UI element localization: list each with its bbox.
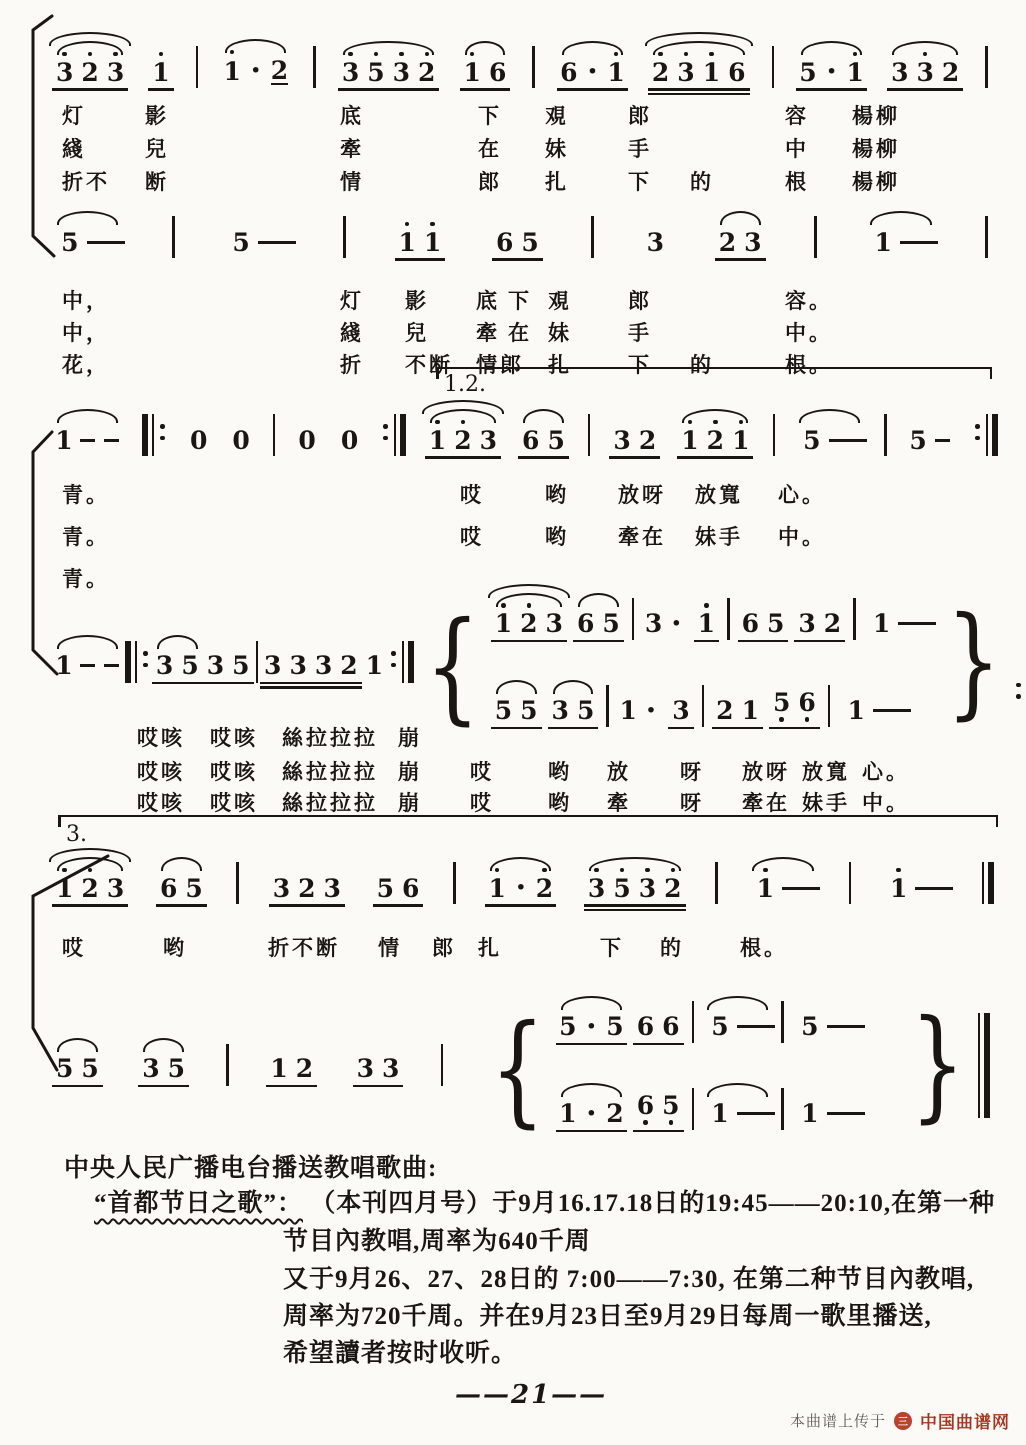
note-digit: 3	[107, 59, 124, 85]
upper-voice-line: 123653·165321	[491, 598, 935, 650]
note-digit: 5	[577, 698, 594, 724]
repeat-dots	[143, 651, 148, 667]
watermark-site-name: 中国曲谱网	[920, 1408, 1010, 1433]
note-digit: 3	[798, 611, 815, 637]
lyric-syllable: 灯	[340, 285, 364, 315]
lyric-syllable: 絲拉拉拉	[282, 756, 378, 786]
note-group: 123	[52, 865, 128, 914]
note-group: 66	[633, 1004, 684, 1053]
note-digit: 6	[522, 427, 539, 453]
note-digit: ·	[587, 59, 597, 85]
barline	[632, 598, 635, 640]
note-digit: 5	[662, 1093, 679, 1119]
note-digit: 6	[160, 875, 177, 901]
lower-voice-line: 55351·321561	[491, 680, 935, 737]
lyric-syllable: 牽在	[742, 787, 790, 817]
repeat-dots	[383, 424, 388, 440]
lyric-syllable: 崩	[398, 756, 422, 786]
lyric-syllable: 中，	[62, 285, 110, 315]
lyric-syllable: 心。	[862, 756, 910, 786]
note-digit: 1	[152, 59, 169, 85]
note-digit: 1	[399, 229, 416, 255]
broadcast-notice-line5: 周率为720千周。并在9月23日至9月29日每周一歌里播送,	[283, 1296, 932, 1332]
note-digit: 5	[767, 611, 784, 637]
note-digit: ·	[586, 1014, 596, 1040]
opening-brace: {	[490, 1020, 545, 1119]
note-digit: 3	[315, 653, 332, 679]
note-group: 1·2	[485, 865, 556, 914]
note-group: 65	[633, 1083, 684, 1140]
note-digit: 6	[496, 229, 513, 255]
note-group: 2316	[648, 49, 750, 98]
note-digit: 3	[613, 427, 630, 453]
note-group: 5·5	[556, 1004, 627, 1053]
lyric-syllable: 崩	[398, 787, 422, 817]
note-group: 1	[702, 1091, 773, 1140]
lyric-syllable: 扎	[545, 166, 569, 196]
note-digit: 6	[728, 59, 745, 85]
note-digit: 1	[559, 1101, 576, 1127]
note-digit: 5	[799, 59, 816, 85]
note-digit: 1	[607, 59, 624, 85]
note-digit: 3	[744, 229, 761, 255]
note-digit: 3	[480, 427, 497, 453]
barline	[196, 46, 199, 88]
lyric-syllable: 郎	[478, 166, 502, 196]
note-digit	[782, 875, 820, 901]
volta-label: 3.	[66, 822, 87, 847]
note-digit: 3	[639, 875, 656, 901]
note-digit: 2	[81, 875, 98, 901]
note-digit: 0	[232, 427, 249, 453]
lyric-syllable: 的	[660, 932, 684, 962]
note-digit: 1	[55, 653, 72, 679]
lyric-syllable: 花，	[62, 349, 110, 379]
note-digit: 5	[61, 229, 78, 255]
note-group: 123	[491, 601, 567, 650]
note-digit: 1	[698, 611, 715, 637]
lyric-syllable: 青。	[62, 479, 110, 509]
broadcast-notice-line2: “首都节日之歌”： （本刊四月号）于9月16.17.18日的19:45——20:…	[94, 1183, 995, 1219]
note-group: 56	[769, 680, 820, 737]
note-digit: 3	[357, 1056, 374, 1082]
lyric-syllable: 扎	[478, 932, 502, 962]
note-digit: 1	[488, 875, 505, 901]
note-digit: 3	[107, 875, 124, 901]
note-group: 1	[881, 865, 952, 914]
note-group: 0	[228, 417, 253, 466]
note-digit: 3	[382, 1056, 399, 1082]
barline	[172, 216, 175, 258]
note-digit: 5	[711, 1014, 728, 1040]
barline	[814, 216, 817, 258]
lyric-syllable: 郎	[628, 285, 652, 315]
note-digit: 3	[342, 59, 359, 85]
lyric-syllable: 容	[785, 100, 809, 130]
lyric-syllable: 哎咳	[210, 756, 258, 786]
lyric-syllable: 哟	[545, 479, 569, 509]
note-digit: 1	[55, 427, 72, 453]
note-group: 332	[887, 49, 963, 98]
note-group: 123	[425, 417, 501, 466]
note-digit: 5	[232, 653, 249, 679]
lyric-syllable: 的	[690, 166, 714, 196]
lyric-syllable: 楊柳	[852, 100, 900, 130]
lyric-syllable: 崩	[398, 722, 422, 752]
lyric-syllable: 心。	[778, 479, 826, 509]
lyric-syllable: 下	[600, 932, 624, 962]
barline: }	[937, 610, 1026, 715]
note-digit: 3	[672, 698, 689, 724]
note-digit: 2	[606, 1101, 623, 1127]
lyric-syllable: 妹	[548, 317, 572, 347]
lyric-syllable: 妹	[545, 133, 569, 163]
note-digit: 5	[547, 427, 564, 453]
lyric-syllable: 哟	[163, 932, 187, 962]
note-group: 3	[643, 219, 668, 268]
watermark-prefix: 本曲谱上传于	[790, 1410, 886, 1431]
music-system-5: 12365323561·2353211	[52, 862, 996, 914]
barline	[453, 862, 456, 904]
lyric-syllable: 哎	[62, 932, 86, 962]
note-digit	[104, 427, 119, 453]
note-digit: 5	[520, 698, 537, 724]
closing-brace: }	[946, 612, 1001, 711]
note-digit: 3	[156, 653, 173, 679]
note-group: 323	[52, 49, 128, 98]
note-digit: 5	[367, 59, 384, 85]
note-digit	[827, 1014, 865, 1040]
lyric-syllable: 放呀	[618, 479, 666, 509]
note-group: 5·1	[796, 49, 867, 98]
note-digit: 5	[559, 1014, 576, 1040]
song-title: “首都节日之歌”：	[94, 1190, 303, 1217]
barline	[591, 216, 594, 258]
note-group: 12	[266, 1046, 317, 1095]
barline	[606, 685, 609, 727]
lyric-syllable: 灯	[62, 100, 86, 130]
repeat-dots	[160, 424, 165, 440]
note-digit: 2	[296, 1056, 313, 1082]
note-digit: 0	[190, 427, 207, 453]
note-digit: 1	[732, 427, 749, 453]
lyric-syllable: 覌	[545, 100, 569, 130]
barline	[343, 216, 346, 258]
barline	[985, 46, 988, 88]
note-digit: 6	[402, 875, 419, 901]
note-digit	[873, 698, 911, 724]
lyric-syllable: 楊柳	[852, 133, 900, 163]
note-digit: 1	[56, 875, 73, 901]
note-group: 3332	[260, 643, 362, 692]
note-digit: 2	[340, 653, 357, 679]
barline	[692, 1001, 695, 1043]
note-digit: 1	[847, 59, 864, 85]
watermark: 本曲谱上传于 三 中国曲谱网	[790, 1408, 1010, 1433]
barline	[985, 216, 988, 258]
lyric-syllable: 根	[785, 166, 809, 196]
music-system-3: 10000123653212155	[52, 414, 1000, 466]
barline	[256, 641, 259, 683]
lyric-syllable: 牽	[340, 133, 364, 163]
lyric-syllable: 下	[508, 285, 532, 315]
note-group: 32	[609, 417, 660, 466]
broadcast-notice-line3: 节目內教唱,周率为640千周	[283, 1221, 591, 1257]
lyric-syllable: 下	[628, 166, 652, 196]
lyric-syllable: 不断	[405, 349, 453, 379]
lyric-syllable: 哎咳	[137, 756, 185, 786]
note-digit: 1	[890, 875, 907, 901]
upper-voice-line: 5·56655	[556, 1001, 863, 1053]
note-digit: 3	[916, 59, 933, 85]
lyric-syllable: 根。	[740, 932, 788, 962]
lyric-syllable: 哎	[460, 479, 484, 509]
note-group: 21	[712, 688, 763, 737]
note-group: 3532	[584, 865, 686, 914]
note-digit: ·	[251, 58, 261, 84]
note-digit: 1	[620, 698, 637, 724]
note-digit: 2	[707, 427, 724, 453]
note-digit: 1	[873, 611, 890, 637]
note-group: 23	[715, 219, 766, 268]
note-group: 35	[203, 643, 254, 692]
barline	[441, 1044, 444, 1086]
note-group: 65	[518, 417, 569, 466]
note-digit: 1	[711, 1101, 728, 1127]
note-digit: 1	[424, 229, 441, 255]
note-digit	[900, 229, 938, 255]
barline	[982, 862, 994, 904]
lyric-syllable: 断	[145, 166, 169, 196]
music-system-4: 1353533321{123653·16532155351·321561}	[52, 592, 1002, 742]
lyric-syllable: 折不断	[268, 932, 340, 962]
note-group: 3532	[338, 49, 440, 98]
page-number: ——21——	[455, 1380, 607, 1410]
note-group: 5	[906, 417, 954, 466]
lyric-syllable: 妹手	[802, 787, 850, 817]
note-digit: 2	[639, 427, 656, 453]
lyric-syllable: 哎咳	[210, 787, 258, 817]
lyric-syllable: 中	[785, 133, 809, 163]
broadcast-notice-line6: 希望讀者按时收听。	[283, 1333, 517, 1369]
lyric-syllable: 絲拉拉拉	[282, 787, 378, 817]
note-digit: 2	[418, 59, 435, 85]
repeat-dots	[1016, 683, 1021, 699]
barline	[781, 1088, 784, 1130]
note-digit: 3	[264, 653, 281, 679]
lyric-syllable: 情	[340, 166, 364, 196]
note-digit: 5	[185, 875, 202, 901]
note-digit: 1	[703, 59, 720, 85]
note-group: 35	[138, 1046, 189, 1095]
note-group: 1	[148, 49, 173, 98]
note-group: 121	[677, 417, 753, 466]
note-digit: 1	[875, 229, 892, 255]
lyric-syllable: 中，	[62, 317, 110, 347]
note-digit: 6	[577, 611, 594, 637]
lyric-syllable: 兒	[405, 317, 429, 347]
note-digit: ·	[826, 59, 836, 85]
site-logo-icon: 三	[894, 1412, 912, 1430]
closing-brace: }	[910, 1015, 965, 1114]
note-group: 5	[702, 1004, 773, 1053]
note-digit: 2	[454, 427, 471, 453]
note-digit: 6	[560, 59, 577, 85]
note-digit: 0	[341, 427, 358, 453]
note-digit: 0	[298, 427, 315, 453]
note-digit	[258, 229, 296, 255]
note-digit: 1	[270, 1056, 287, 1082]
note-digit: 1	[742, 698, 759, 724]
lyric-syllable: 覌	[548, 285, 572, 315]
note-digit: 2	[536, 875, 553, 901]
lyric-syllable: 底	[340, 100, 364, 130]
barline: }	[901, 1013, 990, 1118]
note-digit: 2	[652, 59, 669, 85]
note-group: 65	[738, 601, 789, 650]
note-digit: 6	[637, 1014, 654, 1040]
barline	[773, 414, 776, 456]
lyric-syllable: 青。	[62, 521, 110, 551]
note-digit: 5	[602, 611, 619, 637]
note-group: 65	[156, 865, 207, 914]
note-group: 5	[794, 417, 865, 466]
note-digit: 3	[546, 611, 563, 637]
lyric-syllable: 絲拉拉拉	[282, 722, 378, 752]
note-digit: 3	[645, 611, 662, 637]
lyric-syllable: 哎	[460, 521, 484, 551]
note-group: 5	[792, 1004, 863, 1053]
note-digit: 5	[81, 1056, 98, 1082]
lyric-syllable: 影	[405, 285, 429, 315]
lyric-syllable: 青。	[62, 563, 110, 593]
note-digit: ·	[646, 698, 656, 724]
lyric-syllable: 牽	[607, 787, 631, 817]
note-digit: 1	[366, 653, 383, 679]
note-digit: 5	[168, 1056, 185, 1082]
music-system-6: 55351233{5·566551·26511}	[52, 995, 992, 1145]
note-group: 1	[865, 219, 936, 268]
lyric-syllable: 手	[628, 133, 652, 163]
sheet-music-page: 32311·23532166·123165·133255116532311000…	[0, 0, 1026, 1445]
music-system-1: 32311·23532166·123165·1332	[52, 46, 990, 98]
note-group: 1·	[617, 688, 662, 737]
lyric-syllable: 下	[478, 100, 502, 130]
lyric-syllable: 哟	[548, 787, 572, 817]
lyric-syllable: 綫	[340, 317, 364, 347]
note-group: 0	[294, 417, 319, 466]
lyric-syllable: 中。	[785, 317, 833, 347]
lyric-syllable: 容。	[785, 285, 833, 315]
broadcast-notice-heading: 中央人民广播电台播送教唱歌曲:	[64, 1148, 437, 1184]
note-digit: 5	[232, 229, 249, 255]
barline	[828, 685, 831, 727]
note-digit: 3	[207, 653, 224, 679]
barline	[389, 641, 414, 683]
barline	[142, 414, 167, 456]
note-group: 55	[491, 688, 542, 737]
note-group: 3	[668, 688, 693, 737]
note-digit: 3	[588, 875, 605, 901]
note-group: 1	[362, 643, 387, 692]
lyric-syllable: 呀	[680, 787, 704, 817]
lyric-syllable: 放寬	[802, 756, 850, 786]
note-digit: 2	[271, 57, 288, 85]
lyric-syllable: 根。	[785, 349, 833, 379]
note-digit: 5	[613, 875, 630, 901]
lyric-syllable: 放寬	[695, 479, 743, 509]
note-digit: 1	[464, 59, 481, 85]
lyric-syllable: 哎咳	[137, 722, 185, 752]
barline	[226, 1044, 229, 1086]
two-voice-brace: {123653·16532155351·321561	[416, 598, 936, 737]
lyric-syllable: 牽	[476, 317, 500, 347]
note-digit: 6	[662, 1014, 679, 1040]
note-digit	[80, 427, 95, 453]
lyric-syllable: 在	[478, 133, 502, 163]
lyric-syllable: 底	[476, 285, 500, 315]
barline	[772, 46, 775, 88]
note-digit	[80, 653, 95, 679]
note-group: 0	[337, 417, 362, 466]
lyric-syllable: 呀	[680, 756, 704, 786]
note-digit: 3	[552, 698, 569, 724]
note-digit: 1	[681, 427, 698, 453]
lyric-syllable: 扎	[548, 349, 572, 379]
note-digit	[915, 875, 953, 901]
note-digit: 6	[798, 690, 815, 716]
note-digit: ·	[671, 611, 681, 637]
opening-brace: {	[425, 617, 480, 716]
two-voice-brace: {5·566551·26511	[481, 1001, 864, 1140]
note-digit: 2	[824, 611, 841, 637]
note-digit: 1	[801, 1101, 818, 1127]
note-digit: 2	[298, 875, 315, 901]
barline	[588, 414, 591, 456]
lyric-syllable: 綫	[62, 133, 86, 163]
note-digit: 5	[801, 1014, 818, 1040]
note-digit	[87, 229, 125, 255]
lower-voice-line: 1·26511	[556, 1083, 863, 1140]
note-group: 5	[52, 219, 123, 268]
note-group: 65	[492, 219, 543, 268]
note-digit: 1	[757, 875, 774, 901]
note-group: 32	[794, 601, 845, 650]
note-digit: 5	[803, 427, 820, 453]
note-digit: 1	[495, 611, 512, 637]
lyric-syllable: 中。	[778, 521, 826, 551]
lyric-syllable: 哎	[470, 787, 494, 817]
note-group: 1	[694, 601, 719, 650]
music-system-2: 5511653231	[52, 216, 990, 268]
note-digit: 1	[429, 427, 446, 453]
barline	[715, 862, 718, 904]
note-digit: 3	[891, 59, 908, 85]
lyric-syllable: 哎	[470, 756, 494, 786]
repeat-dots	[391, 651, 396, 667]
lyric-syllable: 影	[145, 100, 169, 130]
note-digit: 3	[289, 653, 306, 679]
lyric-syllable: 放	[607, 756, 631, 786]
barline	[313, 46, 316, 88]
note-digit: 5	[773, 690, 790, 716]
barline	[125, 641, 150, 683]
note-group: 1	[747, 865, 818, 914]
note-group: 1	[838, 688, 909, 737]
note-digit	[737, 1014, 775, 1040]
barline	[727, 598, 730, 640]
barline	[236, 862, 239, 904]
